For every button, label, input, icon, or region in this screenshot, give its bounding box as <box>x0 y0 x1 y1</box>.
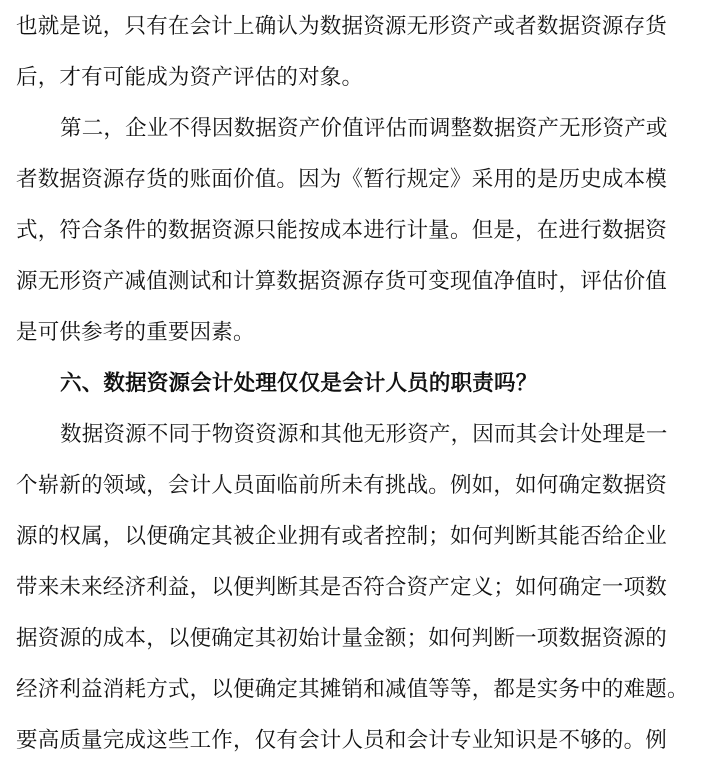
paragraph-line: 源无形资产减值测试和计算数据资源存货可变现值净值时，评估价值 <box>16 266 696 298</box>
paragraph-line: 据资源的成本，以便确定其初始计量金额；如何判断一项数据资源的 <box>16 623 696 655</box>
paragraph-line: 经济利益消耗方式，以便确定其摊销和减值等等，都是实务中的难题。 <box>16 674 696 706</box>
paragraph-line: 要高质量完成这些工作，仅有会计人员和会计专业知识是不够的。例 <box>16 725 696 757</box>
paragraph-line: 式，符合条件的数据资源只能按成本进行计量。但是，在进行数据资 <box>16 215 696 247</box>
paragraph-line: 后，才有可能成为资产评估的对象。 <box>16 62 696 94</box>
paragraph-line: 个崭新的领域，会计人员面临前所未有挑战。例如，如何确定数据资 <box>16 470 696 502</box>
paragraph-line: 也就是说，只有在会计上确认为数据资源无形资产或者数据资源存货 <box>16 11 696 43</box>
document-page: 也就是说，只有在会计上确认为数据资源无形资产或者数据资源存货 后，才有可能成为资… <box>0 0 709 765</box>
paragraph-line: 源的权属，以便确定其被企业拥有或者控制；如何判断其能否给企业 <box>16 521 696 553</box>
paragraph-line: 者数据资源存货的账面价值。因为《暂行规定》采用的是历史成本模 <box>16 164 696 196</box>
paragraph-line: 第二，企业不得因数据资产价值评估而调整数据资产无形资产或 <box>60 113 696 145</box>
paragraph-line: 数据资源不同于物资资源和其他无形资产，因而其会计处理是一 <box>60 419 696 451</box>
paragraph-line: 带来未来经济利益，以便判断其是否符合资产定义；如何确定一项数 <box>16 572 696 604</box>
section-heading: 六、数据资源会计处理仅仅是会计人员的职责吗？ <box>60 368 696 400</box>
paragraph-line: 是可供参考的重要因素。 <box>16 317 696 349</box>
